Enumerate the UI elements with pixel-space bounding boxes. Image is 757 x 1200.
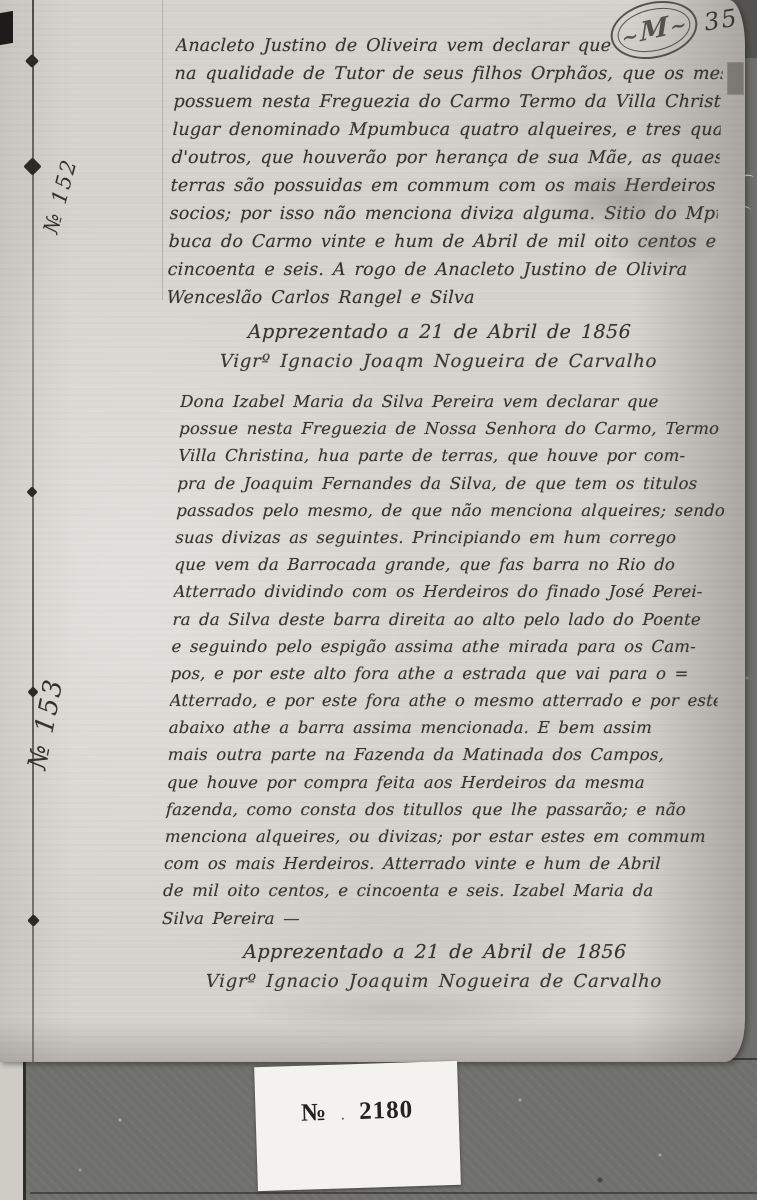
manuscript-text-line: menciona alqueires, ou divizas; por esta… <box>164 823 713 850</box>
vicar-signature: Vigrº Ignacio Joaqm Nogueira de Carvalho <box>164 347 713 377</box>
manuscript-text-line: de mil oito centos, e cincoenta e seis. … <box>163 877 712 904</box>
presented-line: Apprezentado a 21 de Abril de 1856 <box>165 317 714 347</box>
manuscript-text-line: Wenceslão Carlos Rangel e Silva <box>166 284 715 312</box>
entry-body: Anacleto Justino de Oliveira vem declara… <box>166 32 724 312</box>
manuscript-text-line: Dona Izabel Maria da Silva Pereira vem d… <box>180 388 729 415</box>
manuscript-text-line: e seguindo pelo espigão assima athe mira… <box>171 633 720 660</box>
stitch-mark <box>27 914 40 927</box>
manuscript-text-line: na qualidade de Tutor de seus filhos Orp… <box>174 60 723 88</box>
manuscript-text-line: possue nesta Freguezia de Nossa Senhora … <box>179 415 728 442</box>
manuscript-text-line: com os mais Herdeiros. Atterrado vinte e… <box>164 850 713 877</box>
manuscript-text-line: buca do Carmo vinte e hum de Abril de mi… <box>168 228 717 256</box>
presented-line: Apprezentado a 21 de Abril de 1856 <box>160 937 709 967</box>
margin-note-152: № 152 <box>39 156 82 236</box>
scan-corner-mark <box>0 11 13 45</box>
adjacent-page-edge <box>0 1058 26 1200</box>
archive-label-card: № . 2180 <box>254 1061 461 1191</box>
manuscript-text-line: pra de Joaquim Fernandes da Silva, de qu… <box>177 470 726 497</box>
paper-crease <box>162 0 163 300</box>
manuscript-text-line: socios; por isso não menciona diviza alg… <box>169 200 718 228</box>
manuscript-text-line: terras são possuidas em commum com os ma… <box>170 172 719 200</box>
manuscript-text-line: passados pelo mesmo, de que não menciona… <box>176 497 725 524</box>
manuscript-text-line: Silva Pereira — <box>162 905 711 932</box>
label-separator: . <box>341 1108 345 1123</box>
stitch-mark <box>26 486 37 497</box>
manuscript-text-line: abaixo athe a barra assima mencionada. E… <box>168 714 717 741</box>
manuscript-text-line: pos, e por este alto fora athe a estrada… <box>170 660 719 687</box>
manuscript-page: M 35 № 152 № 153 Anacleto Justino de Oli… <box>0 0 745 1062</box>
manuscript-text-line: cincoenta e seis. A rogo de Anacleto Jus… <box>167 256 716 284</box>
stitch-mark <box>25 54 39 68</box>
manuscript-text-line: que houve por compra feita aos Herdeiros… <box>166 769 715 796</box>
archive-number: № . 2180 <box>301 1096 414 1128</box>
vicar-signature: Vigrº Ignacio Joaquim Nogueira de Carval… <box>159 967 708 997</box>
manuscript-text-line: possuem nesta Freguezia do Carmo Termo d… <box>173 88 722 116</box>
edge-fragment <box>727 62 744 95</box>
manuscript-text-line: Villa Christina, hua parte de terras, qu… <box>178 442 727 469</box>
handwritten-entry-153: Dona Izabel Maria da Silva Pereira vem d… <box>159 388 728 997</box>
stitch-mark <box>23 157 41 175</box>
manuscript-text-line: fazenda, como consta dos titullos que lh… <box>165 796 714 823</box>
manuscript-text-line: lugar denominado Mpumbuca quatro alqueir… <box>172 116 721 144</box>
entry-body: Dona Izabel Maria da Silva Pereira vem d… <box>162 388 729 932</box>
manuscript-text-line: Atterrado dividindo com os Herdeiros do … <box>173 578 722 605</box>
manuscript-text-line: ra da Silva deste barra direita ao alto … <box>172 606 721 633</box>
manuscript-text-line: mais outra parte na Fazenda da Matinada … <box>167 741 716 768</box>
manuscript-text-line: Atterrado, e por este fora athe o mesmo … <box>169 687 718 714</box>
manuscript-text-line: d'outros, que houverão por herança de su… <box>171 144 720 172</box>
manuscript-text-line: Anacleto Justino de Oliveira vem declara… <box>175 32 724 60</box>
handwritten-entry-152: Anacleto Justino de Oliveira vem declara… <box>164 32 724 377</box>
numero-sign: № <box>301 1099 328 1128</box>
archive-number-value: 2180 <box>359 1096 414 1126</box>
manuscript-text-line: suas divizas as seguintes. Principiando … <box>175 524 724 551</box>
manuscript-text-line: que vem da Barrocada grande, que fas bar… <box>174 551 723 578</box>
